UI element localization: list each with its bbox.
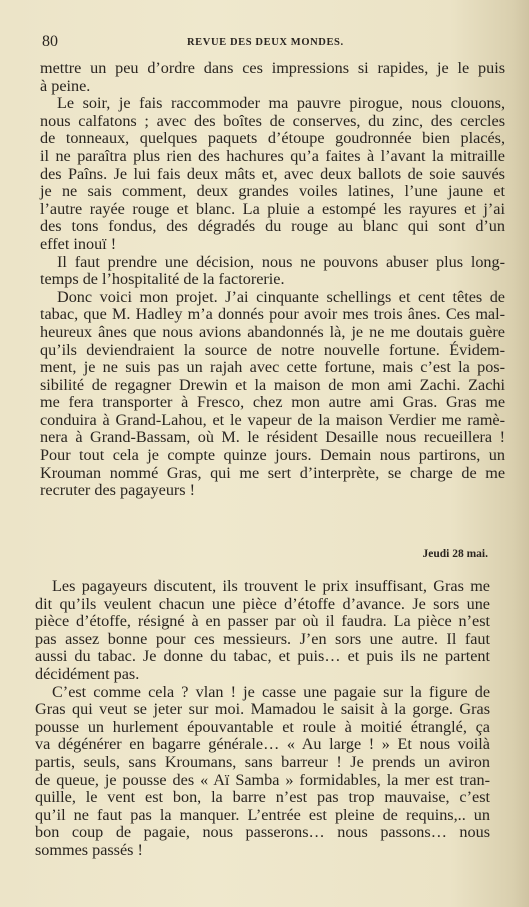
text-line: nous calfatons ; avec des boîtes de cons… [40, 113, 505, 131]
text-line: quille, le vent est bon, la barre n’est … [35, 789, 490, 807]
text-line: Le soir, je fais raccommoder ma pauvre p… [40, 95, 505, 113]
text-line: partis, seuls, sans Kroumans, sans barre… [35, 754, 490, 772]
text-line: qu’ils deviendraient la source de notre … [40, 342, 505, 360]
text-line: de queue, je pousse des « Aï Samba » for… [35, 772, 490, 790]
text-line: effet inouï ! [40, 236, 505, 254]
text-line: tabac, que M. Hadley m’a donnés pour avo… [40, 306, 505, 324]
text-line: recruter des pagayeurs ! [40, 482, 505, 500]
text-line: de tonneaux, quelques paquets d’étoupe g… [40, 130, 505, 148]
text-line: sibilité de regagner Drewin et la maison… [40, 377, 505, 395]
text-line: va dégénérer en bagarre générale… « Au l… [35, 736, 490, 754]
text-line: pièce d’étoffe, résigné à en passer par … [35, 613, 490, 631]
text-line: il ne paraîtra plus rien des hachures qu… [40, 148, 505, 166]
dateline: Jeudi 28 mai. [40, 548, 488, 560]
text-line: qu’il ne faut pas la manquer. L’entrée e… [35, 807, 490, 825]
body-text-section-2: Les pagayeurs discutent, ils trouvent le… [35, 578, 490, 860]
text-line: Il faut prendre une décision, nous ne po… [40, 254, 505, 272]
text-line: je ne sais comment, deux grandes voiles … [40, 183, 505, 201]
text-line: Les pagayeurs discutent, ils trouvent le… [35, 578, 490, 596]
text-line: me fera transporter à Fresco, chez mon a… [40, 394, 505, 412]
text-line: dit qu’ils veulent chacun une pièce d’ét… [35, 596, 490, 614]
running-head: REVUE DES DEUX MONDES. [187, 37, 344, 48]
text-line: des Paîns. Je lui fais deux mâts et, ave… [40, 166, 505, 184]
text-line: l’autre rayée rouge et blanc. La pluie a… [40, 201, 505, 219]
text-line: pas assez bonne pour ces messieurs. J’en… [35, 631, 490, 649]
text-line: Gras qui veut se jeter sur moi. Mamadou … [35, 701, 490, 719]
text-line: décidément pas. [35, 666, 490, 684]
text-line: nera à Grand-Bassam, où M. le résident D… [40, 429, 505, 447]
book-page: 80 REVUE DES DEUX MONDES. mettre un peu … [0, 0, 529, 907]
page-number: 80 [42, 33, 58, 51]
text-line: Pour tout cela je compte quinze jours. D… [40, 447, 505, 465]
body-text-section-1: mettre un peu d’ordre dans ces impressio… [40, 60, 505, 500]
text-line: Krouman nommé Gras, qui me sert d’interp… [40, 465, 505, 483]
text-line: mettre un peu d’ordre dans ces impressio… [40, 60, 505, 78]
text-line: temps de l’hospitalité de la factorerie. [40, 271, 505, 289]
text-line: conduira à Grand-Lahou, et le vapeur de … [40, 412, 505, 430]
text-line: ment, je ne suis pas un rajah avec cette… [40, 359, 505, 377]
text-line: heureux ânes que nous avions abandonnés … [40, 324, 505, 342]
text-line: Donc voici mon projet. J’ai cinquante sc… [40, 289, 505, 307]
text-line: sommes passés ! [35, 842, 490, 860]
page-header: 80 REVUE DES DEUX MONDES. [42, 33, 502, 55]
text-line: à peine. [40, 78, 505, 96]
text-line: pousse un hurlement épouvantable et roul… [35, 719, 490, 737]
text-line: bon coup de pagaie, nous passerons… nous… [35, 824, 490, 842]
text-line: C’est comme cela ? vlan ! je casse une p… [35, 684, 490, 702]
text-line: aussi du tabac. Je donne du tabac, et pu… [35, 648, 490, 666]
text-line: des tons fondus, des dégradés du rouge a… [40, 218, 505, 236]
